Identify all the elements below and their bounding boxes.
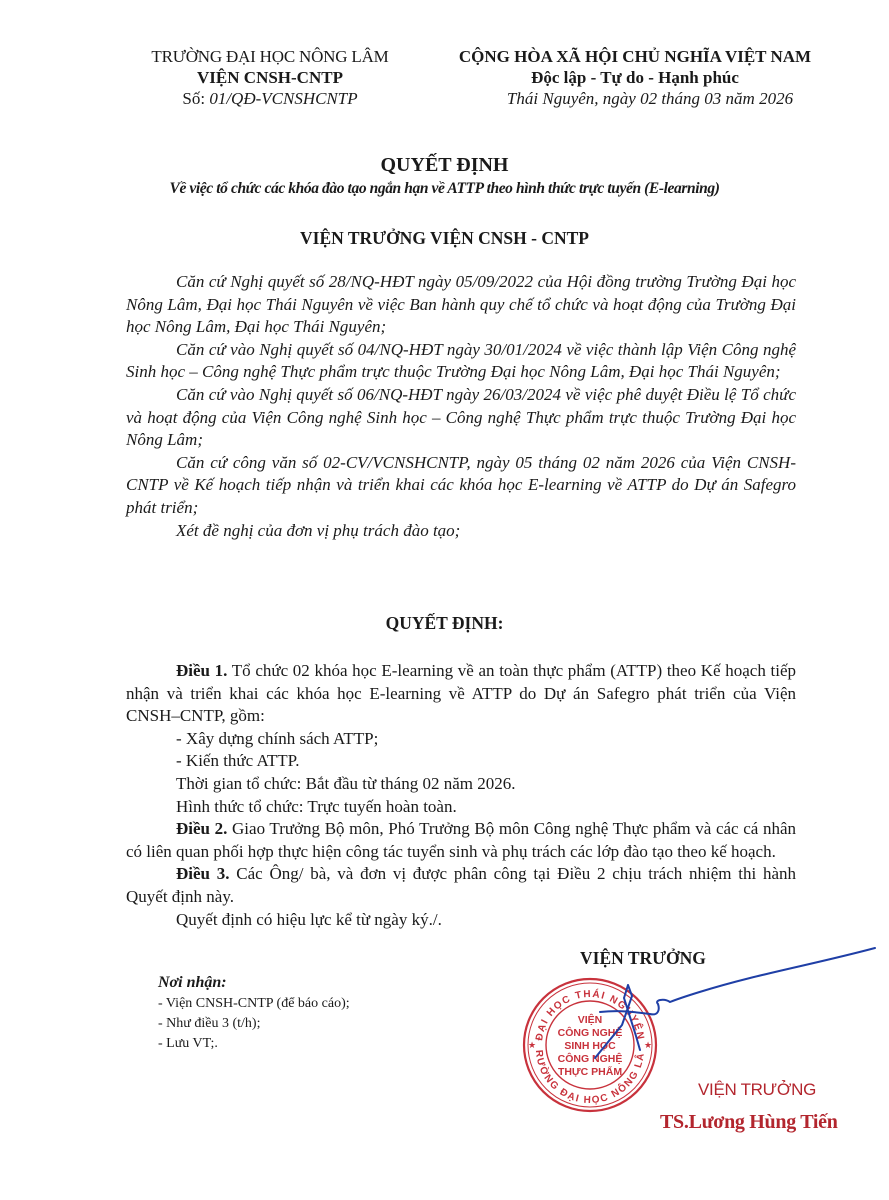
document-subject: Về việc tổ chức các khóa đào tạo ngắn hạ…	[0, 180, 889, 198]
legal-basis-item: Căn cứ vào Nghị quyết số 04/NQ-HĐT ngày …	[126, 339, 796, 384]
recipients-block: Nơi nhận: - Viện CNSH-CNTP (để báo cáo);…	[158, 973, 350, 1054]
svg-text:★: ★	[528, 1040, 536, 1050]
stamp-signer-title: VIỆN TRƯỞNG	[698, 1080, 816, 1100]
recipient-item: - Viện CNSH-CNTP (để báo cáo);	[158, 994, 350, 1014]
organization-name: VIỆN CNSH-CNTP	[100, 67, 440, 88]
organization-format: Hình thức tổ chức: Trực tuyến hoàn toàn.	[126, 796, 796, 819]
place-and-date: Thái Nguyên, ngày 02 tháng 03 năm 2026	[415, 88, 855, 109]
issuing-agency-block: TRƯỜNG ĐẠI HỌC NÔNG LÂM VIỆN CNSH-CNTP S…	[100, 46, 440, 109]
articles: Điều 1. Tổ chức 02 khóa học E-learning v…	[126, 660, 796, 931]
effective-clause: Quyết định có hiệu lực kể từ ngày ký./.	[126, 909, 796, 932]
national-motto: Độc lập - Tự do - Hạnh phúc	[415, 67, 855, 88]
recipients-heading: Nơi nhận:	[158, 973, 350, 993]
article-3-label: Điều 3.	[176, 864, 230, 883]
article-1-label: Điều 1.	[176, 661, 227, 680]
recipient-item: - Lưu VT;.	[158, 1034, 350, 1054]
article-2-label: Điều 2.	[176, 819, 227, 838]
recipient-item: - Như điều 3 (t/h);	[158, 1014, 350, 1034]
signer-name: TS.Lương Hùng Tiến	[660, 1111, 838, 1134]
legal-bases: Căn cứ Nghị quyết số 28/NQ-HĐT ngày 05/0…	[126, 271, 796, 542]
legal-basis-item: Căn cứ công văn số 02-CV/VCNSHCNTP, ngày…	[126, 452, 796, 520]
course-item: - Kiến thức ATTP.	[126, 750, 796, 773]
document-number-value: 01/QĐ-VCNSHCNTP	[209, 89, 357, 108]
document-title: QUYẾT ĐỊNH	[0, 154, 889, 177]
decision-heading: QUYẾT ĐỊNH:	[0, 613, 889, 634]
legal-basis-item: Căn cứ vào Nghị quyết số 06/NQ-HĐT ngày …	[126, 384, 796, 452]
national-header-block: CỘNG HÒA XÃ HỘI CHỦ NGHĨA VIỆT NAM Độc l…	[415, 46, 855, 109]
handwritten-signature-icon	[540, 940, 880, 1080]
document-number: Số: 01/QĐ-VCNSHCNTP	[100, 88, 440, 109]
organization-time: Thời gian tổ chức: Bắt đầu từ tháng 02 n…	[126, 773, 796, 796]
country-name: CỘNG HÒA XÃ HỘI CHỦ NGHĨA VIỆT NAM	[415, 46, 855, 67]
legal-basis-item: Căn cứ Nghị quyết số 28/NQ-HĐT ngày 05/0…	[126, 271, 796, 339]
parent-organization: TRƯỜNG ĐẠI HỌC NÔNG LÂM	[100, 46, 440, 67]
legal-basis-item: Xét đề nghị của đơn vị phụ trách đào tạo…	[126, 520, 796, 543]
document-number-label: Số:	[182, 89, 209, 108]
issuing-authority: VIỆN TRƯỞNG VIỆN CNSH - CNTP	[0, 228, 889, 249]
article-1-text: Tổ chức 02 khóa học E-learning về an toà…	[126, 661, 796, 725]
article-2: Điều 2. Giao Trưởng Bộ môn, Phó Trưởng B…	[126, 818, 796, 863]
article-3: Điều 3. Các Ông/ bà, và đơn vị được phân…	[126, 863, 796, 908]
article-1: Điều 1. Tổ chức 02 khóa học E-learning v…	[126, 660, 796, 728]
course-item: - Xây dựng chính sách ATTP;	[126, 728, 796, 751]
article-2-text: Giao Trưởng Bộ môn, Phó Trưởng Bộ môn Cô…	[126, 819, 796, 861]
